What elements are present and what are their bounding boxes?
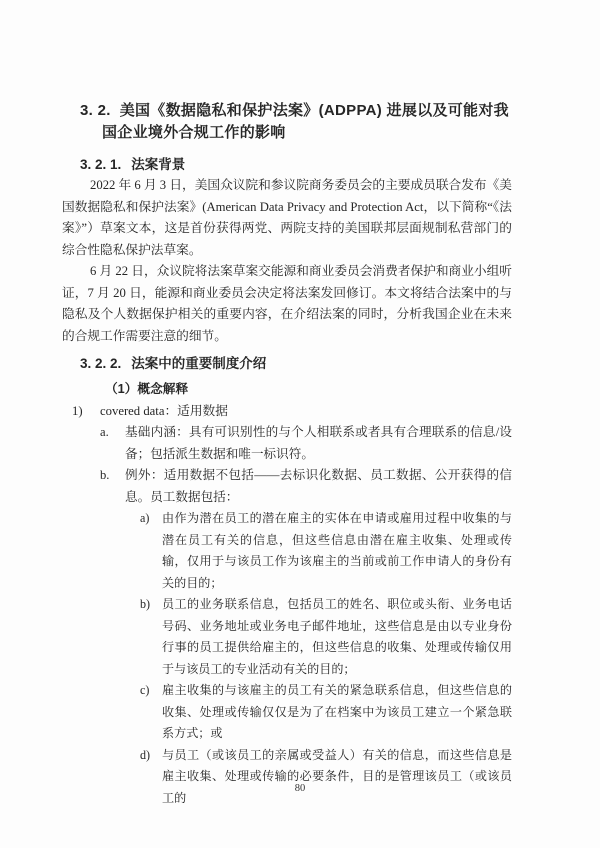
section-title: 法案中的重要制度介绍	[131, 356, 266, 371]
section-number: 3. 2. 1.	[80, 157, 121, 172]
paragraph-background-2: 6 月 22 日，众议院将法案草案交能源和商业委员会消费者保护和商业小组听证，7…	[62, 261, 512, 347]
list-item-text: 基础内涵：具有可识别性的与个人相联系或者具有合理联系的信息/设备；包括派生数据和…	[125, 422, 512, 465]
list-marker: c)	[140, 680, 162, 745]
list-marker: d)	[140, 745, 162, 810]
list-item: c) 雇主收集的与该雇主的员工有关的紧急联系信息，但这些信息的收集、处理或传输仅…	[140, 680, 512, 745]
list-item-text: covered data：适用数据	[100, 401, 512, 423]
document-page: 3. 2.美国《数据隐私和保护法案》(ADPPA) 进展以及可能对我国企业境外合…	[0, 0, 600, 848]
list-item-text: 雇主收集的与该雇主的员工有关的紧急联系信息，但这些信息的收集、处理或传输仅仅是为…	[162, 680, 512, 745]
page-number: 80	[0, 783, 600, 794]
list-item: b) 员工的业务联系信息，包括员工的姓名、职位或头衔、业务电话号码、业务地址或业…	[140, 594, 512, 680]
list-item-covered-data: 1) covered data：适用数据	[72, 401, 512, 423]
section-title: 法案背景	[131, 157, 185, 172]
list-item-text: 例外：适用数据不包括——去标识化数据、员工数据、公开获得的信息。员工数据包括：	[125, 465, 512, 508]
list-item: d) 与员工（或该员工的亲属或受益人）有关的信息，而这些信息是雇主收集、处理或传…	[140, 745, 512, 810]
section-title: 美国《数据隐私和保护法案》(ADPPA) 进展以及可能对我国企业境外合规工作的影…	[102, 102, 509, 141]
list-item: a) 由作为潜在员工的潜在雇主的实体在申请或雇用过程中收集的与潜在员工有关的信息…	[140, 508, 512, 594]
section-number: 3. 2. 2.	[80, 356, 121, 371]
list-marker: 1)	[72, 401, 100, 423]
section-heading-3-2-2: 3. 2. 2.法案中的重要制度介绍	[80, 354, 512, 374]
list-item-text: 由作为潜在员工的潜在雇主的实体在申请或雇用过程中收集的与潜在员工有关的信息，但这…	[162, 508, 512, 594]
list-item-text: 与员工（或该员工的亲属或受益人）有关的信息，而这些信息是雇主收集、处理或传输的必…	[162, 745, 512, 810]
section-heading-3-2: 3. 2.美国《数据隐私和保护法案》(ADPPA) 进展以及可能对我国企业境外合…	[80, 100, 512, 144]
list-item: a. 基础内涵：具有可识别性的与个人相联系或者具有合理联系的信息/设备；包括派生…	[100, 422, 512, 465]
list-item: b. 例外：适用数据不包括——去标识化数据、员工数据、公开获得的信息。员工数据包…	[100, 465, 512, 508]
subsection-heading-concepts: （1）概念解释	[105, 379, 512, 401]
list-marker: b)	[140, 594, 162, 680]
list-marker: b.	[100, 465, 125, 508]
list-item-text: 员工的业务联系信息，包括员工的姓名、职位或头衔、业务电话号码、业务地址或业务电子…	[162, 594, 512, 680]
list-marker: a)	[140, 508, 162, 594]
section-heading-3-2-1: 3. 2. 1.法案背景	[80, 155, 512, 175]
list-marker: a.	[100, 422, 125, 465]
section-number: 3. 2.	[80, 102, 111, 119]
paragraph-background-1: 2022 年 6 月 3 日，美国众议院和参议院商务委员会的主要成员联合发布《美…	[62, 175, 512, 261]
